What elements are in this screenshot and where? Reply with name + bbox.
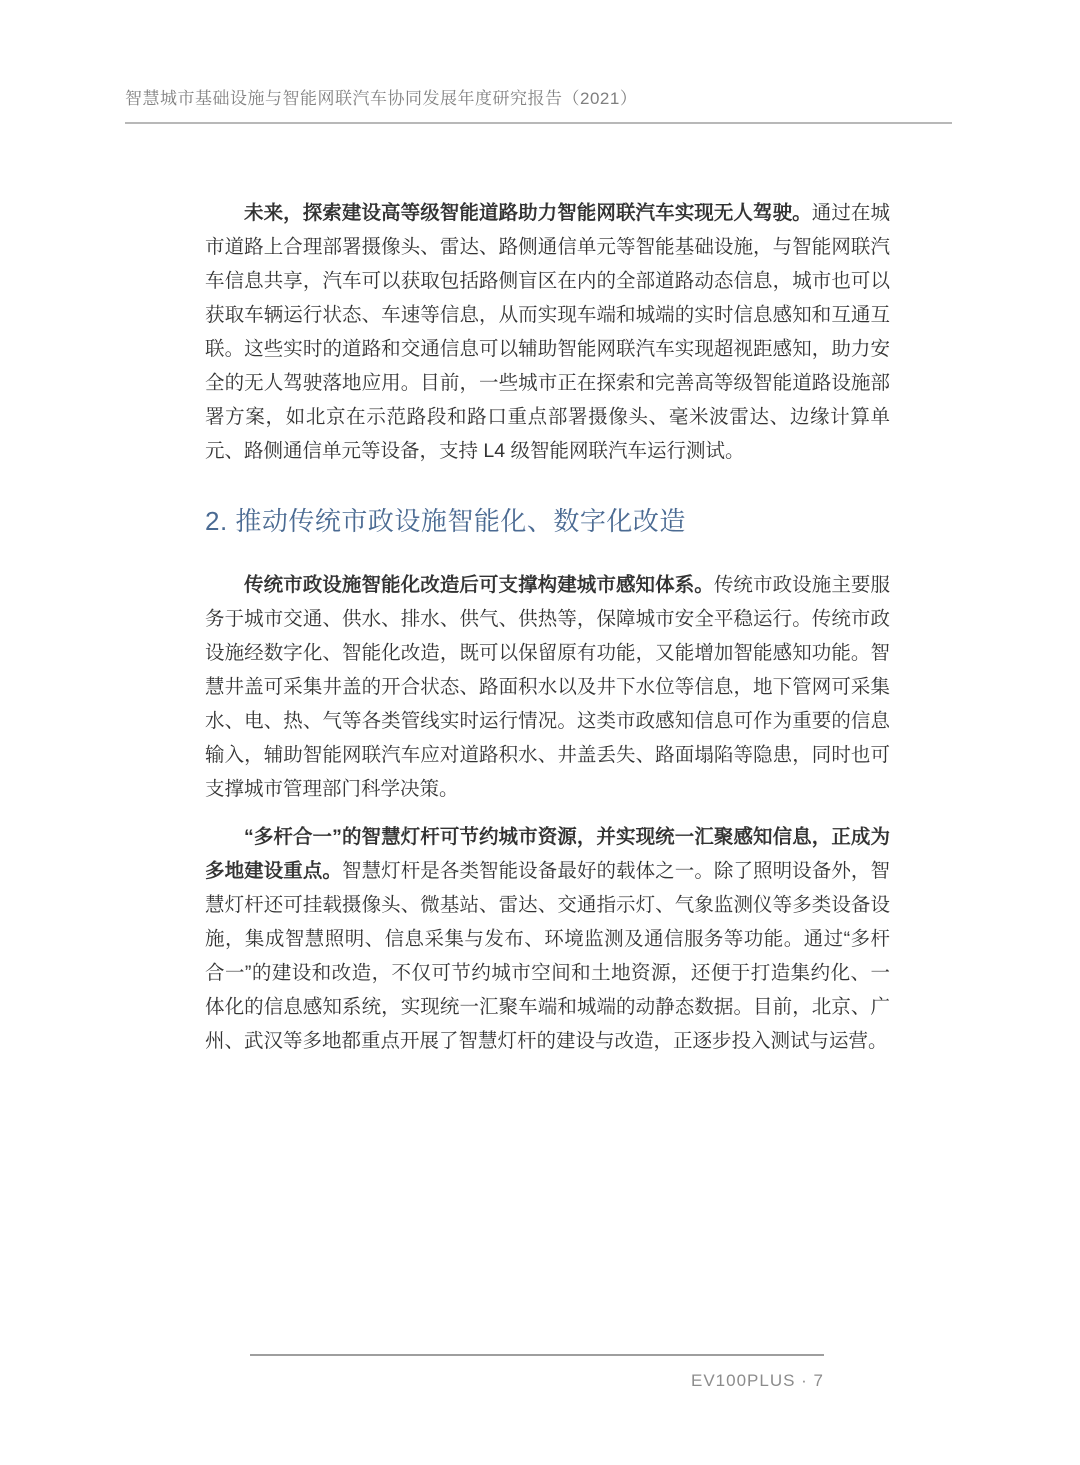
header-divider — [125, 122, 952, 124]
footer-brand-and-page-number: EV100PLUS · 7 — [250, 1371, 824, 1391]
section-paragraph-2: “多杆合一”的智慧灯杆可节约城市资源，并实现统一汇聚感知信息，正成为多地建设重点… — [205, 820, 890, 1058]
intro-paragraph-rest: 通过在城市道路上合理部署摄像头、雷达、路侧通信单元等智能基础设施，与智能网联汽车… — [205, 202, 890, 462]
section-paragraph-2-rest: 智慧灯杆是各类智能设备最好的载体之一。除了照明设备外，智慧灯杆还可挂载摄像头、微… — [205, 860, 890, 1052]
running-header-title: 智慧城市基础设施与智能网联汽车协同发展年度研究报告（2021） — [125, 0, 952, 110]
document-page: 智慧城市基础设施与智能网联汽车协同发展年度研究报告（2021） 未来，探索建设高… — [0, 0, 1080, 1465]
page-content: 智慧城市基础设施与智能网联汽车协同发展年度研究报告（2021） 未来，探索建设高… — [125, 0, 952, 1058]
footer-divider — [250, 1354, 824, 1356]
page-footer: EV100PLUS · 7 — [250, 1354, 824, 1391]
section-paragraph-1-lead: 传统市政设施智能化改造后可支撑构建城市感知体系。 — [244, 574, 714, 596]
body-text-block: 未来，探索建设高等级智能道路助力智能网联汽车实现无人驾驶。通过在城市道路上合理部… — [205, 196, 890, 1058]
intro-paragraph-lead: 未来，探索建设高等级智能道路助力智能网联汽车实现无人驾驶。 — [244, 202, 812, 224]
section-paragraph-1-rest: 传统市政设施主要服务于城市交通、供水、排水、供气、供热等，保障城市安全平稳运行。… — [205, 574, 890, 800]
intro-paragraph: 未来，探索建设高等级智能道路助力智能网联汽车实现无人驾驶。通过在城市道路上合理部… — [205, 196, 890, 468]
section-paragraph-1: 传统市政设施智能化改造后可支撑构建城市感知体系。传统市政设施主要服务于城市交通、… — [205, 568, 890, 806]
section-heading: 2. 推动传统市政设施智能化、数字化改造 — [205, 504, 890, 538]
